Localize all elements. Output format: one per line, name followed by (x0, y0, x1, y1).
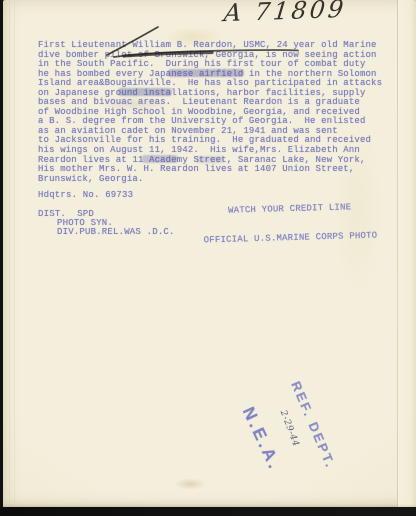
credit-line-stamp: WATCH YOUR CREDIT LINE OFFICIAL U.S.MARI… (191, 183, 389, 256)
photo-back-scan: { "photo_back": { "handwritten_number": … (0, 0, 416, 516)
headquarters-number: Hdqtrs. No. 69733 (38, 190, 133, 200)
paper-edge-strip (398, 0, 416, 509)
handwritten-photo-number: A 71809 (223, 0, 348, 27)
mat-bottom-edge (0, 507, 416, 516)
paper-crease-left (9, 0, 10, 509)
caption-line: Brunswick, Georgia. (38, 175, 388, 185)
credit-line-2: OFFICIAL U.S.MARINE CORPS PHOTO (192, 231, 388, 246)
paper-stain (173, 478, 207, 490)
typed-caption: First Lieutenant William B. Reardon, USM… (38, 41, 388, 184)
paper-crease-left-2 (14, 0, 15, 509)
distribution-line-3: DIV.PUB.REL.WAS .D.C. (57, 227, 175, 237)
credit-line-1: WATCH YOUR CREDIT LINE (192, 202, 388, 217)
